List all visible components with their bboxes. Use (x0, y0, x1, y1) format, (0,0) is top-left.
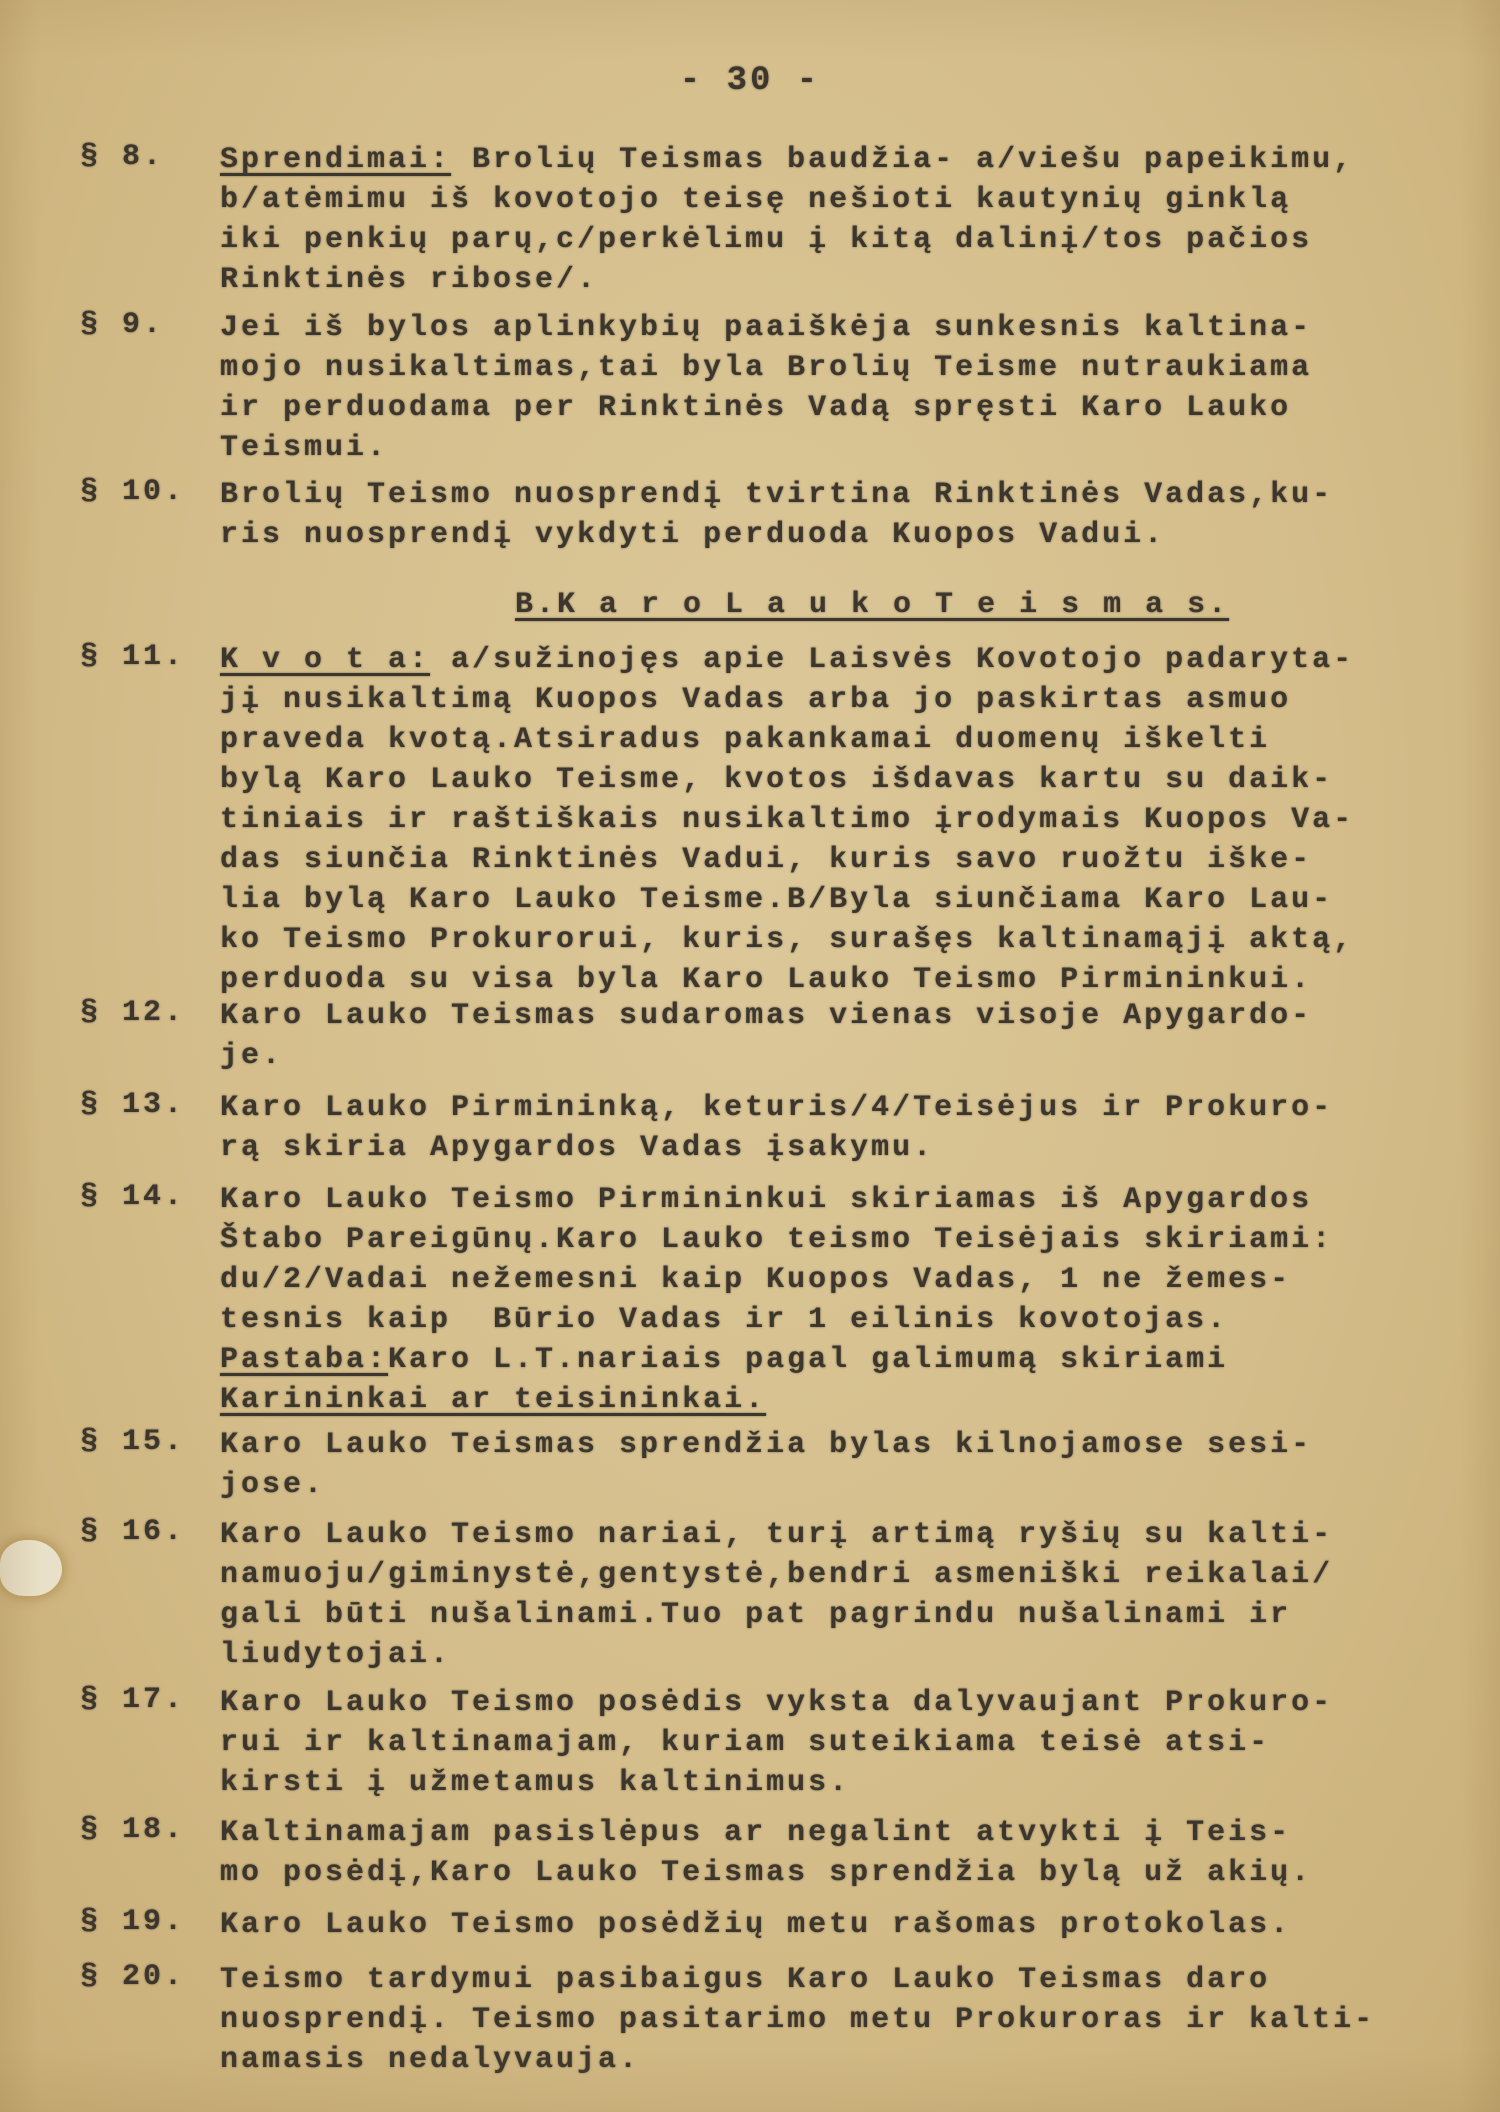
text-line: Teismui. (220, 428, 1312, 468)
text-line: Štabo Pareigūnų.Karo Lauko teismo Teisėj… (220, 1220, 1333, 1260)
text-line: praveda kvotą.Atsiradus pakankamai duome… (220, 720, 1354, 760)
text-line: Kaltinamajam pasislėpus ar negalint atvy… (220, 1813, 1312, 1853)
text-line: Brolių Teismo nuosprendį tvirtina Rinkti… (220, 475, 1333, 515)
text-line: perduoda su visa byla Karo Lauko Teismo … (220, 960, 1354, 1000)
paragraph-number: § 9. (80, 308, 220, 342)
paragraph-number: § 13. (80, 1088, 220, 1122)
text-line: Brolių Teismas baudžia- a/viešu papeikim… (451, 143, 1354, 177)
paragraph-lead: K v o t a: (220, 643, 430, 677)
text-line: ir perduodama per Rinktinės Vadą spręsti… (220, 388, 1312, 428)
page-number: - 30 - (0, 62, 1500, 100)
text-line: iki penkių parų,c/perkėlimu į kitą dalin… (220, 220, 1354, 260)
paragraph-number: § 16. (80, 1515, 220, 1549)
text-line: das siunčia Rinktinės Vadui, kuris savo … (220, 840, 1354, 880)
text-line: Karo Lauko Teismo posėdis vyksta dalyvau… (220, 1683, 1333, 1723)
note-lead: Pastaba: (220, 1343, 388, 1377)
text-line: tiniais ir raštiškais nusikaltimo įrodym… (220, 800, 1354, 840)
text-line: Karo Lauko Pirmininką, keturis/4/Teisėju… (220, 1088, 1333, 1128)
text-line: rą skiria Apygardos Vadas įsakymu. (220, 1128, 1333, 1168)
paragraph-number: § 18. (80, 1813, 220, 1847)
text-line: Karo Lauko Teismo nariai, turį artimą ry… (220, 1515, 1333, 1555)
text-line: Karo Lauko Teismas sudaromas vienas viso… (220, 996, 1312, 1036)
paragraph-number: § 8. (80, 140, 220, 174)
text-line: rui ir kaltinamajam, kuriam suteikiama t… (220, 1723, 1333, 1763)
paper-stain (0, 1540, 62, 1596)
text-line: b/atėmimu iš kovotojo teisę nešioti kaut… (220, 180, 1354, 220)
text-line: jį nusikaltimą Kuopos Vadas arba jo pask… (220, 680, 1354, 720)
paragraph-number: § 11. (80, 640, 220, 674)
text-line: Teismo tardymui pasibaigus Karo Lauko Te… (220, 1960, 1375, 2000)
text-line: Rinktinės ribose/. (220, 260, 1354, 300)
text-line: namuoju/giminystė,gentystė,bendri asmeni… (220, 1555, 1333, 1595)
paragraph-number: § 19. (80, 1905, 220, 1939)
paragraph-number: § 12. (80, 996, 220, 1030)
text-line: Jei iš bylos aplinkybių paaiškėja sunkes… (220, 308, 1312, 348)
text-line: namasis nedalyvauja. (220, 2040, 1375, 2080)
text-line: bylą Karo Lauko Teisme, kvotos išdavas k… (220, 760, 1354, 800)
text-line: Karo Lauko Teismas sprendžia bylas kilno… (220, 1425, 1312, 1465)
paragraph-number: § 15. (80, 1425, 220, 1459)
text-line: Karo Lauko Teismo Pirmininkui skiriamas … (220, 1180, 1333, 1220)
text-line: jose. (220, 1465, 1312, 1505)
paragraph-lead: Sprendimai: (220, 143, 451, 177)
text-line: Karininkai ar teisininkai. (220, 1383, 766, 1417)
paragraph-number: § 10. (80, 475, 220, 509)
text-line: je. (220, 1036, 1312, 1076)
text-line: du/2/Vadai nežemesni kaip Kuopos Vadas, … (220, 1260, 1333, 1300)
section-heading: B.K a r o L a u k o T e i s m a s. (515, 588, 1229, 622)
text-line: lia bylą Karo Lauko Teisme.B/Byla siunči… (220, 880, 1354, 920)
paragraph-number: § 20. (80, 1960, 220, 1994)
text-line: Karo Lauko Teismo posėdžių metu rašomas … (220, 1905, 1291, 1945)
text-line: Karo L.T.nariais pagal galimumą skiriami (388, 1343, 1228, 1377)
text-line: liudytojai. (220, 1635, 1333, 1675)
text-line: gali būti nušalinami.Tuo pat pagrindu nu… (220, 1595, 1333, 1635)
text-line: nuosprendį. Teismo pasitarimo metu Proku… (220, 2000, 1375, 2040)
document-page: - 30 - § 8. Sprendimai: Brolių Teismas b… (0, 0, 1500, 2112)
paragraph-number: § 14. (80, 1180, 220, 1214)
paragraph-number: § 17. (80, 1683, 220, 1717)
text-line: mo posėdį,Karo Lauko Teismas sprendžia b… (220, 1853, 1312, 1893)
text-line: tesnis kaip Būrio Vadas ir 1 eilinis kov… (220, 1300, 1333, 1340)
text-line: ris nuosprendį vykdyti perduoda Kuopos V… (220, 515, 1333, 555)
text-line: kirsti į užmetamus kaltinimus. (220, 1763, 1333, 1803)
text-line: ko Teismo Prokurorui, kuris, surašęs kal… (220, 920, 1354, 960)
text-line: a/sužinojęs apie Laisvės Kovotojo padary… (430, 643, 1354, 677)
text-line: mojo nusikaltimas,tai byla Brolių Teisme… (220, 348, 1312, 388)
